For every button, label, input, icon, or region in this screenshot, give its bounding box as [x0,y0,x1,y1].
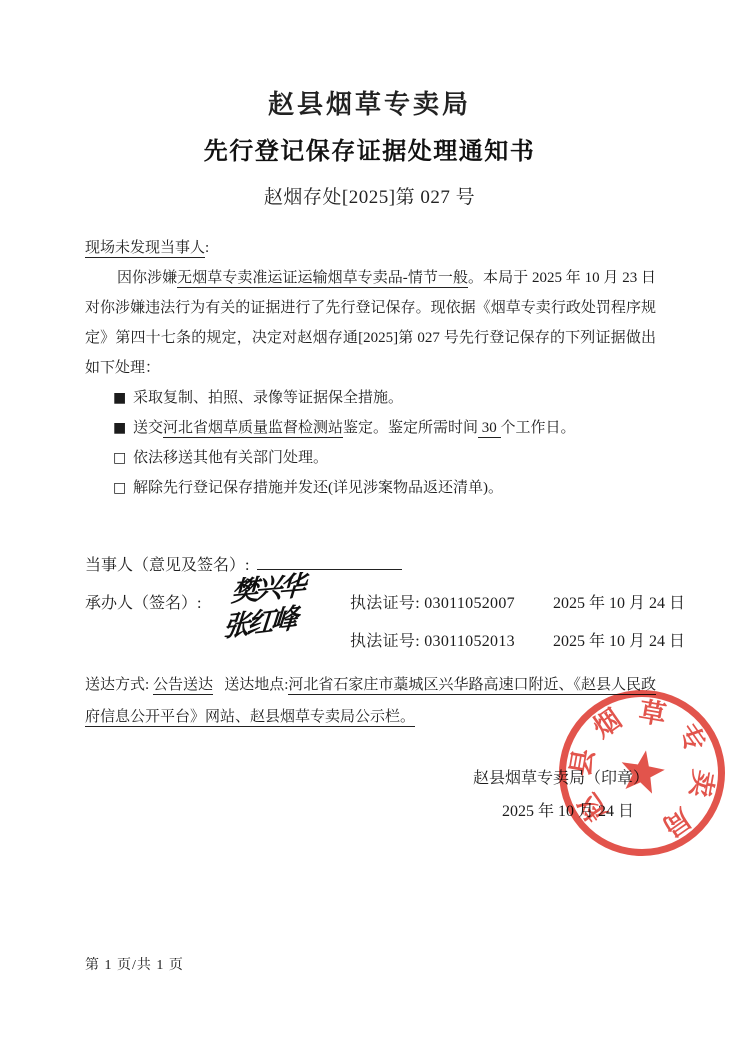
salutation-text: 现场未发现当事人 [85,240,205,258]
signature-blank-line [257,556,402,570]
issuer-date-line: 2025 年 10 月 24 日 [85,800,634,824]
measures-checklist: ■采取复制、拍照、录像等证据保全措施。 ■送交河北省烟草质量监督检测站鉴定。鉴定… [85,383,656,503]
cert-label: 执法证号: [350,595,424,612]
checklist-item-text: 鉴定。鉴定所需时间 [343,420,478,436]
seal-char: 卖 [683,767,718,799]
cert-label: 执法证号: [350,633,424,650]
party-label: 当事人（意见及签名）: [85,557,249,574]
checkbox-checked-icon: ■ [113,383,133,413]
violation-underlined: 无烟草专卖准运证运输烟草专卖品-情节一般 [177,270,468,288]
checklist-item-text: 解除先行登记保存措施并发还(详见涉案物品返还清单)。 [133,480,503,496]
paragraph-text: 因你涉嫌 [117,270,177,286]
document-body: 现场未发现当事人: 因你涉嫌无烟草专卖准运证运输烟草专卖品-情节一般。本局于 2… [85,233,656,824]
checkbox-unchecked-icon: □ [113,473,133,503]
seal-char: 局 [656,802,696,843]
page-number-footer: 第 1 页/共 1 页 [85,954,184,974]
cert-number-2: 执法证号: 03011052013 [350,627,515,657]
officer-row-1: 承办人（签名）: 执法证号: 03011052007 2025 年 10 月 2… [85,581,656,619]
checkbox-checked-icon: ■ [113,413,133,443]
undertaker-label: 承办人（签名）: [85,589,201,619]
inspection-station-underlined: 河北省烟草质量监督检测站 [163,420,343,438]
document-number: 赵烟存处[2025]第 027 号 [0,182,739,209]
checklist-item-text: 个工作日。 [501,420,576,436]
checklist-item: ■采取复制、拍照、录像等证据保全措施。 [85,383,656,413]
party-signature-row: 当事人（意见及签名）: [85,551,656,581]
seal-char: 专 [671,718,713,758]
cert-value: 03011052007 [424,595,515,612]
delivery-method-underlined: 公告送达 [153,677,213,695]
delivery-location-label: 送达地点: [224,677,288,693]
document-page: 赵县烟草专卖局 先行登记保存证据处理通知书 赵烟存处[2025]第 027 号 … [0,0,739,1045]
cert-value: 03011052013 [424,633,515,650]
checklist-item: □依法移送其他有关部门处理。 [85,443,656,473]
signature-section: 当事人（意见及签名）: 承办人（签名）: 执法证号: 03011052007 2… [85,551,656,733]
issuer-block: 赵县烟草专卖局（印章） 2025 年 10 月 24 日 [85,767,656,824]
checklist-item-text: 送交 [133,420,163,436]
org-name: 赵县烟草专卖局 [0,84,739,121]
sign-date-1: 2025 年 10 月 24 日 [553,589,685,619]
checklist-item: ■送交河北省烟草质量监督检测站鉴定。鉴定所需时间 30 个工作日。 [85,413,656,443]
officer-row-2: 执法证号: 03011052013 2025 年 10 月 24 日 [85,619,656,657]
checklist-item-text: 采取复制、拍照、录像等证据保全措施。 [133,390,403,406]
delivery-line: 送达方式: 公告送达 送达地点:河北省石家庄市藁城区兴华路高速口附近、《赵县人民… [85,669,656,733]
spacer [213,677,224,693]
checklist-item: □解除先行登记保存措施并发还(详见涉案物品返还清单)。 [85,473,656,503]
delivery-method-label: 送达方式: [85,677,153,693]
salutation-line: 现场未发现当事人: [85,233,656,263]
checkbox-unchecked-icon: □ [113,443,133,473]
checklist-item-text: 依法移送其他有关部门处理。 [133,450,328,466]
working-days-underlined: 30 [478,420,501,438]
main-paragraph: 因你涉嫌无烟草专卖准运证运输烟草专卖品-情节一般。本局于 2025 年 10 月… [85,263,656,383]
document-title: 先行登记保存证据处理通知书 [0,131,739,166]
salutation-colon: : [205,240,209,256]
sign-date-2: 2025 年 10 月 24 日 [553,627,685,657]
document-header: 赵县烟草专卖局 先行登记保存证据处理通知书 赵烟存处[2025]第 027 号 [0,0,739,209]
cert-number-1: 执法证号: 03011052007 [350,589,515,619]
issuer-name-line: 赵县烟草专卖局（印章） [85,767,649,791]
